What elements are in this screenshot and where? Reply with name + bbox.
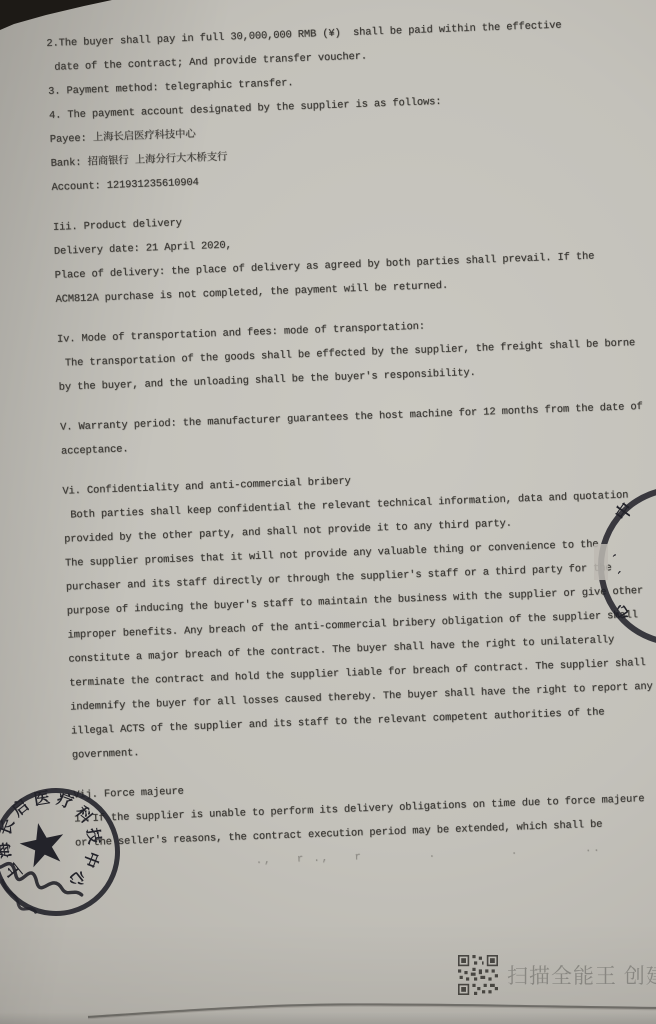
watermark-label: 扫描全能王 创建 [507,960,656,990]
bottom-shadow [0,1012,656,1024]
seal-mark: 、 [607,564,623,575]
qr-code-icon [458,955,498,995]
seal-character: 医 [33,791,51,809]
company-seal-stamp: 上 海 长 启 医 疗 科 技 中 心 ★ [0,782,126,923]
signature-scribble [0,821,128,925]
camscanner-watermark: 扫描全能王 创建 [458,955,656,995]
partial-seal-stamp: 中 心 、 、 [598,486,656,646]
contract-text: 2.The buyer shall pay in full 30,000,000… [46,11,656,880]
scanned-contract-page: 2.The buyer shall pay in full 30,000,000… [0,0,656,1024]
